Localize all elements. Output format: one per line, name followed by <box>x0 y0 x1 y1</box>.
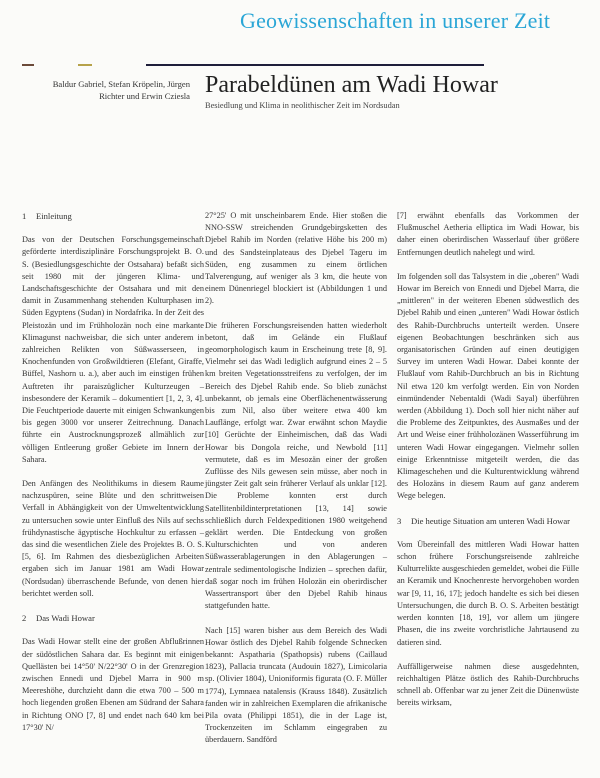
paragraph: 27°25' O mit unscheinbarem Ende. Hier st… <box>205 210 387 308</box>
authors-line-1: Baldur Gabriel, Stefan Kröpelin, Jürgen <box>20 78 190 90</box>
paragraph: Vom Übereinfall des mittleren Wadi Howar… <box>397 539 579 649</box>
section-heading-heutige-situation: 3Die heutige Situation am unteren Wadi H… <box>397 515 579 527</box>
section-number: 2 <box>22 612 36 624</box>
paragraph: Das von der Deutschen Forschungsgemeinsc… <box>22 234 204 466</box>
section-heading-einleitung: 1Einleitung <box>22 210 204 222</box>
paragraph: Auffälligerweise nahmen diese ausgedehnt… <box>397 661 579 710</box>
decorative-rule-olive <box>78 64 92 66</box>
section-heading-wadi-howar: 2Das Wadi Howar <box>22 612 204 624</box>
section-number: 1 <box>22 210 36 222</box>
article-title: Parabeldünen am Wadi Howar <box>205 72 585 99</box>
paragraph: Die früheren Forschungsreisenden hatten … <box>205 320 387 613</box>
authors-line-2: Richter und Erwin Cziesla <box>20 90 190 102</box>
paragraph: Das Wadi Howar stellt eine der großen Ab… <box>22 636 204 734</box>
article-subtitle: Besiedlung und Klima in neolithischer Ze… <box>205 101 585 110</box>
authors: Baldur Gabriel, Stefan Kröpelin, Jürgen … <box>20 78 190 102</box>
column-2: 27°25' O mit unscheinbarem Ende. Hier st… <box>205 210 387 759</box>
section-title: Einleitung <box>36 211 72 221</box>
paragraph: Im folgenden soll das Talsystem in die „… <box>397 271 579 503</box>
journal-title: Geowissenschaften in unserer Zeit <box>200 8 600 34</box>
paragraph: Den Anfängen des Neolithikums in diesem … <box>22 478 204 600</box>
column-3: [7] erwähnt ebenfalls das Vorkommen der … <box>397 210 579 722</box>
section-title: Die heutige Situation am unteren Wadi Ho… <box>411 516 570 526</box>
section-title: Das Wadi Howar <box>36 613 95 623</box>
paragraph: [7] erwähnt ebenfalls das Vorkommen der … <box>397 210 579 259</box>
section-number: 3 <box>397 515 411 527</box>
paragraph: Nach [15] waren bisher aus dem Bereich d… <box>205 625 387 747</box>
header-rule <box>146 64 484 66</box>
column-1: 1Einleitung Das von der Deutschen Forsch… <box>22 210 204 746</box>
decorative-rule-brown <box>22 64 34 66</box>
